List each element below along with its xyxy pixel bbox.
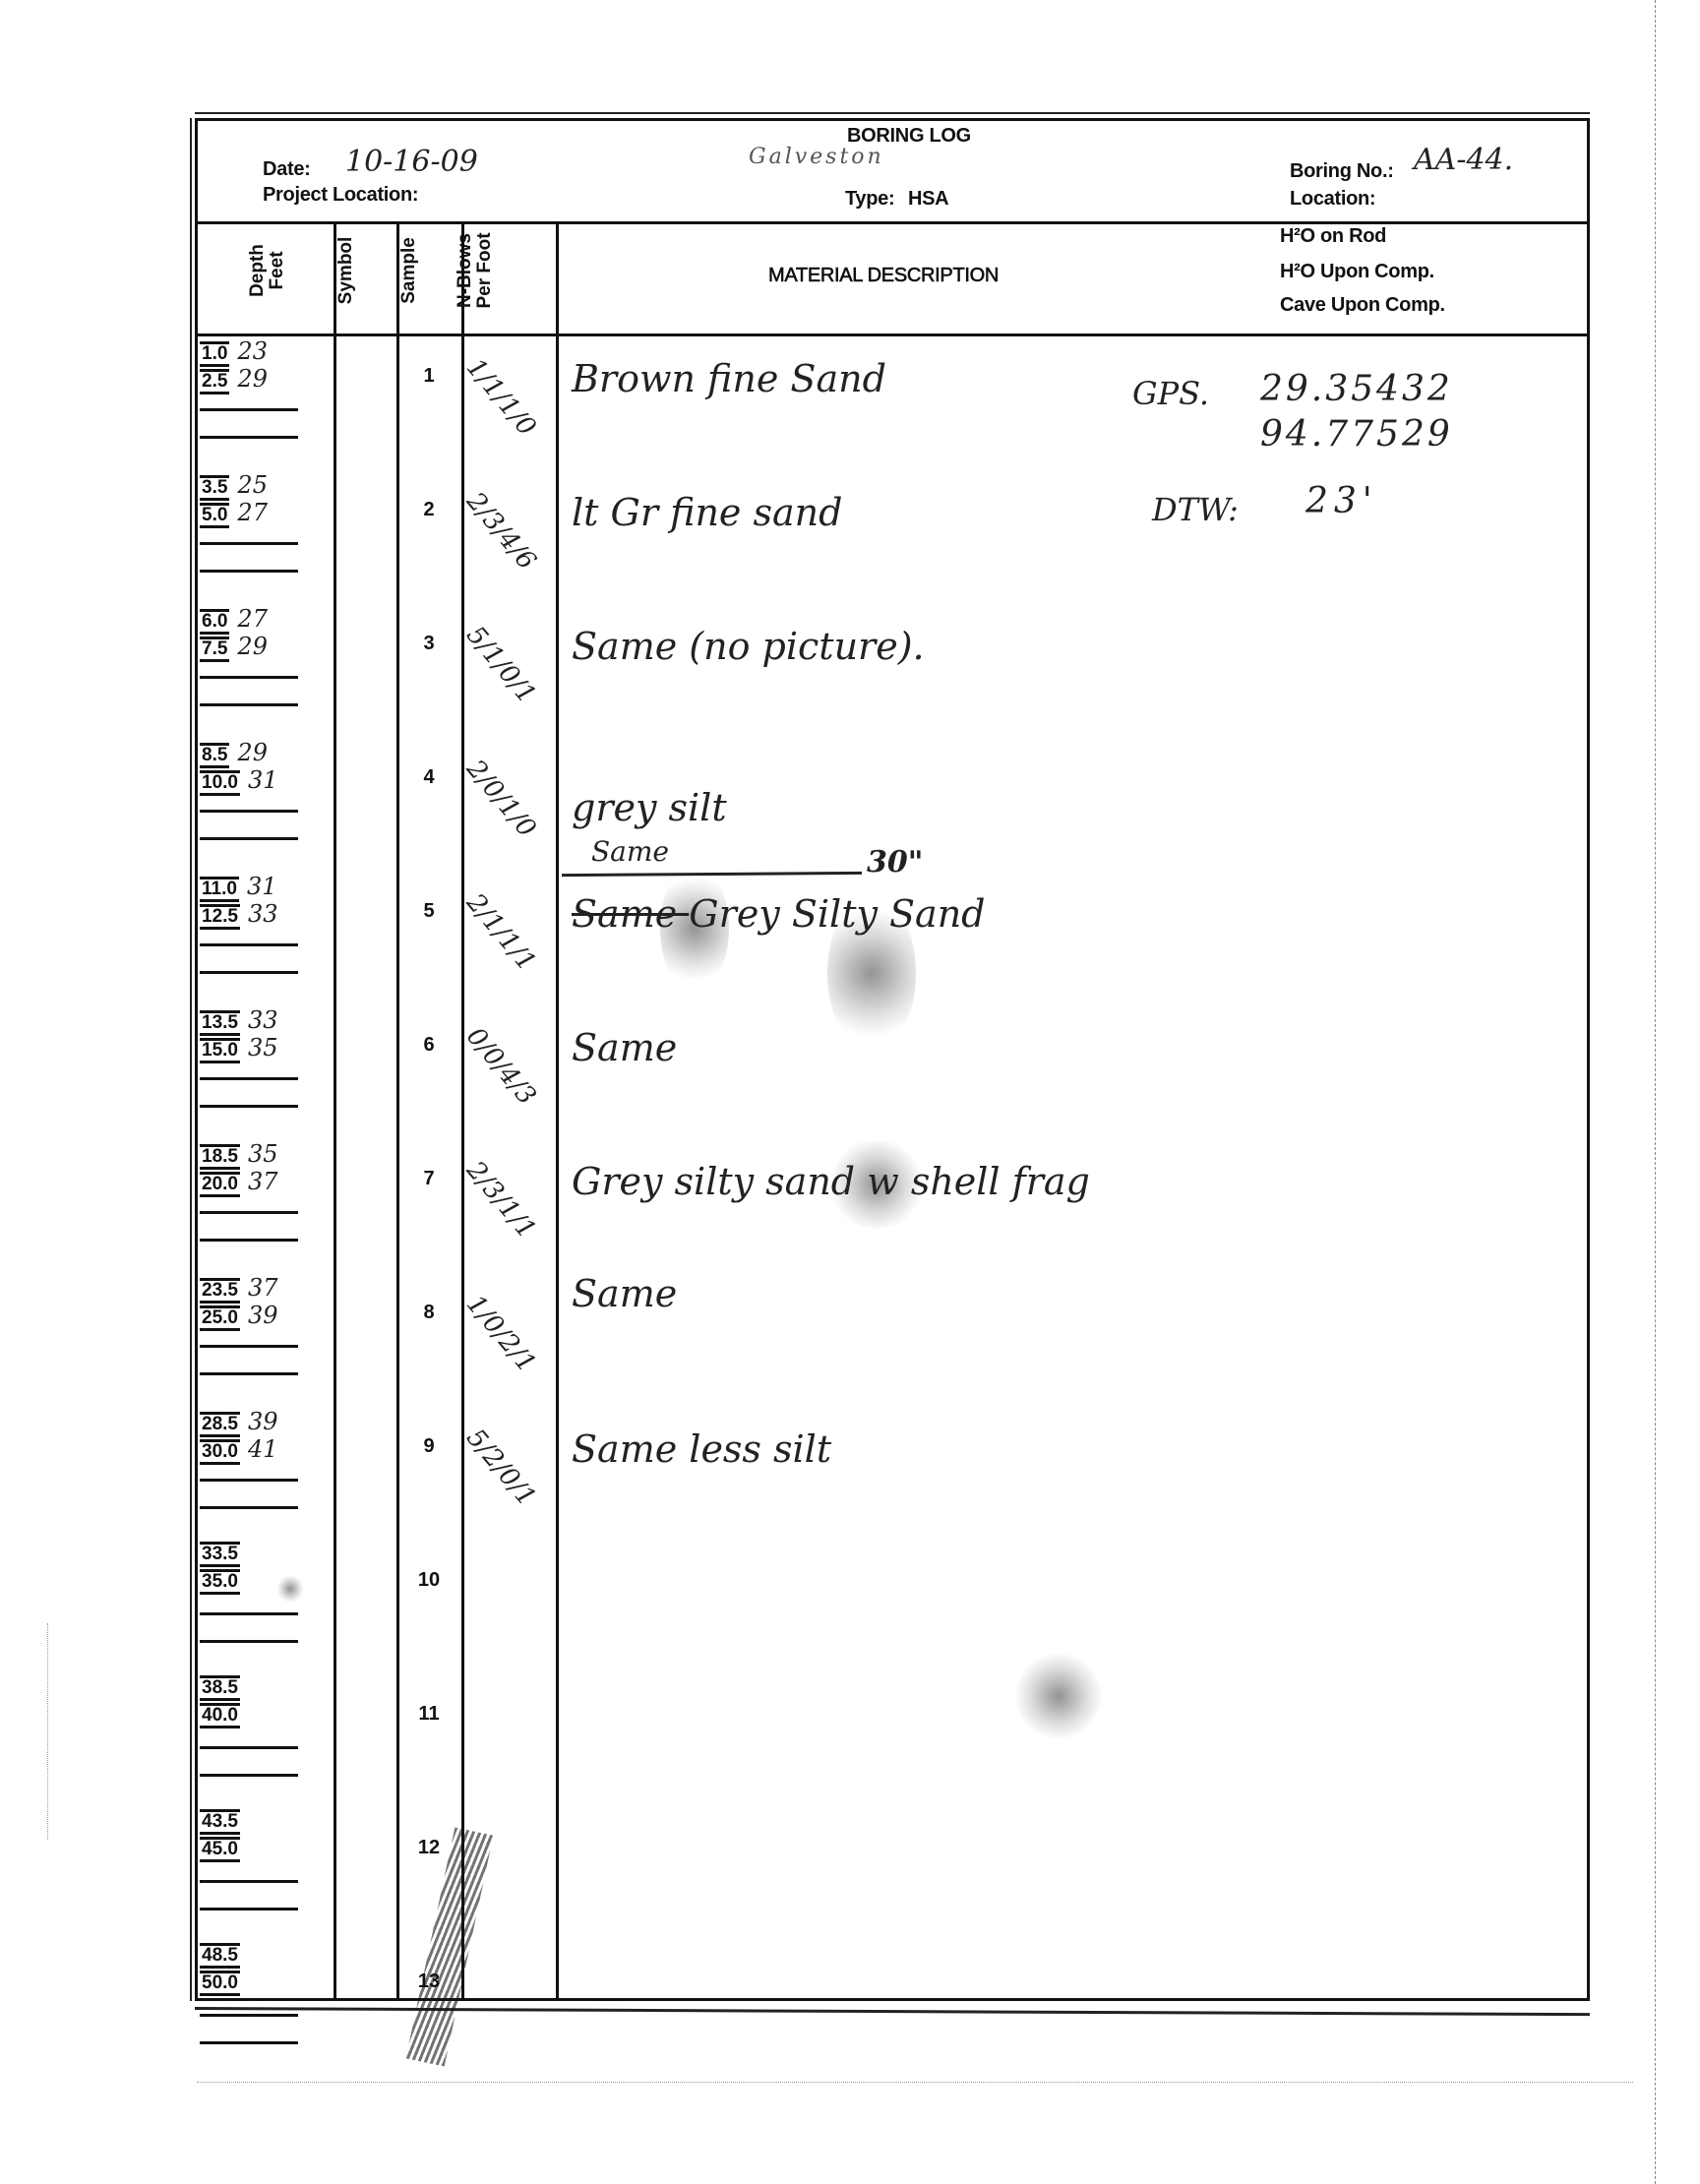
depth-note: 27 bbox=[237, 499, 268, 526]
type-label: Type: bbox=[845, 188, 894, 211]
material-description: Grey silty sand w shell frag bbox=[572, 1160, 1090, 1203]
depth-value: 30.0 bbox=[200, 1439, 240, 1465]
depth-value: 43.5 bbox=[200, 1809, 240, 1835]
depth-tick bbox=[200, 1746, 298, 1749]
nblows-label: N-Blows bbox=[455, 221, 475, 320]
blow-count: 2/0/1/0 bbox=[460, 755, 541, 843]
dtw-label: DTW: bbox=[1152, 491, 1239, 528]
depth-note: 31 bbox=[247, 873, 277, 900]
gps-longitude: 94.77529 bbox=[1260, 414, 1453, 455]
depth-value: 20.0 bbox=[200, 1172, 240, 1197]
depth-tick bbox=[200, 408, 298, 411]
depth-value: 25.0 bbox=[200, 1305, 240, 1331]
depth-marker: 40.0 bbox=[200, 1703, 240, 1729]
struck-out-word: Same bbox=[572, 892, 689, 936]
sample-number: 11 bbox=[409, 1703, 449, 1726]
material-description: Brown fine Sand bbox=[572, 357, 886, 400]
sample-number: 8 bbox=[409, 1302, 449, 1324]
depth-value: 15.0 bbox=[200, 1038, 240, 1063]
depth-value: 18.5 bbox=[200, 1144, 240, 1170]
depth-value: 8.5 bbox=[200, 743, 229, 768]
boring-no-label: Boring No.: bbox=[1290, 160, 1394, 183]
blow-count: 1/0/2/1 bbox=[460, 1290, 541, 1378]
column-header-row: Depth Feet Symbol Sample N-Blows Per Foo… bbox=[198, 221, 1587, 336]
depth-note: 29 bbox=[237, 365, 268, 393]
sample-number: 12 bbox=[409, 1837, 449, 1859]
depth-value: 5.0 bbox=[200, 503, 229, 528]
depth-note: 39 bbox=[248, 1302, 278, 1329]
depth-note: 41 bbox=[248, 1435, 278, 1463]
depth-marker: 38.5 bbox=[200, 1675, 240, 1701]
depth-value: 3.5 bbox=[200, 475, 229, 501]
description-text: Grey Silty Sand bbox=[689, 892, 985, 936]
depth-tick bbox=[200, 1908, 298, 1911]
depth-value: 28.5 bbox=[200, 1412, 240, 1437]
h2o-upon-comp-label: H²O Upon Comp. bbox=[1280, 261, 1434, 283]
depth-marker: 28.539 bbox=[200, 1408, 278, 1437]
depth-value: 1.0 bbox=[200, 341, 229, 367]
depth-marker: 35.0 bbox=[200, 1569, 240, 1595]
material-description: Same bbox=[572, 1026, 677, 1069]
depth-tick bbox=[200, 1880, 298, 1883]
project-location-value: Galveston bbox=[749, 145, 884, 169]
depth-note: 29 bbox=[237, 739, 268, 766]
h2o-on-rod-label: H²O on Rod bbox=[1280, 225, 1386, 248]
depth-marker: 6.027 bbox=[200, 605, 268, 635]
depth-note: 39 bbox=[248, 1408, 278, 1435]
depth-header: Depth bbox=[248, 226, 268, 315]
scan-page-edge bbox=[1655, 0, 1656, 2184]
scan-artifact bbox=[47, 1623, 48, 1840]
depth-value: 38.5 bbox=[200, 1675, 240, 1701]
project-location-label: Project Location: bbox=[263, 184, 418, 207]
sample-number: 4 bbox=[409, 766, 449, 789]
depth-tick bbox=[200, 1345, 298, 1348]
depth-feet-header: Depth Feet bbox=[248, 226, 295, 315]
depth-marker: 18.535 bbox=[200, 1140, 278, 1170]
depth-marker: 15.035 bbox=[200, 1034, 278, 1063]
depth-marker: 3.525 bbox=[200, 471, 268, 501]
depth-note: 31 bbox=[248, 766, 278, 794]
depth-tick bbox=[200, 1506, 298, 1509]
sample-number: 2 bbox=[409, 499, 449, 521]
sample-number: 3 bbox=[409, 633, 449, 655]
depth-tick bbox=[200, 542, 298, 545]
cave-upon-comp-label: Cave Upon Comp. bbox=[1280, 294, 1445, 317]
depth-value: 45.0 bbox=[200, 1837, 240, 1862]
gps-label: GPS. bbox=[1132, 375, 1209, 412]
blow-count: 5/2/0/1 bbox=[460, 1424, 541, 1512]
boring-log-form: Date: 10-16-09 Project Location: BORING … bbox=[195, 118, 1590, 2001]
form-border-bottom bbox=[195, 2007, 1590, 2016]
depth-tick bbox=[200, 1640, 298, 1643]
depth-marker: 33.5 bbox=[200, 1542, 240, 1567]
depth-marker: 48.5 bbox=[200, 1943, 240, 1969]
blow-count: 0/0/4/3 bbox=[460, 1022, 541, 1111]
depth-tick bbox=[200, 1105, 298, 1108]
depth-marker: 11.031 bbox=[200, 873, 276, 902]
material-description-header: MATERIAL DESCRIPTION bbox=[768, 265, 999, 287]
transition-depth: 30" bbox=[867, 845, 923, 880]
blow-count: 1/1/1/0 bbox=[460, 353, 541, 442]
depth-marker: 1.023 bbox=[200, 337, 268, 367]
depth-marker: 45.0 bbox=[200, 1837, 240, 1862]
depth-tick bbox=[200, 1774, 298, 1777]
depth-note: 37 bbox=[248, 1274, 278, 1302]
depth-note: 23 bbox=[237, 337, 268, 365]
material-description: lt Gr fine sand bbox=[572, 491, 842, 534]
sample-header: Sample bbox=[399, 226, 423, 315]
depth-tick bbox=[200, 1077, 298, 1080]
scan-ink-streak bbox=[405, 1827, 493, 2066]
scan-smudge bbox=[276, 1575, 304, 1603]
depth-marker: 30.041 bbox=[200, 1435, 278, 1465]
sample-number: 13 bbox=[409, 1971, 449, 1993]
sample-number: 5 bbox=[409, 900, 449, 923]
date-value: 10-16-09 bbox=[345, 145, 478, 179]
depth-value: 10.0 bbox=[200, 770, 240, 796]
boring-no-value: AA-44. bbox=[1414, 143, 1513, 177]
depth-tick bbox=[200, 570, 298, 573]
depth-note: 25 bbox=[237, 471, 268, 499]
depth-note: 35 bbox=[248, 1034, 278, 1062]
location-label: Location: bbox=[1290, 188, 1375, 211]
sample-number: 10 bbox=[409, 1569, 449, 1592]
blow-count: 2/1/1/1 bbox=[460, 888, 541, 977]
depth-marker: 25.039 bbox=[200, 1302, 278, 1331]
depth-marker: 8.529 bbox=[200, 739, 268, 768]
material-description: Same (no picture). bbox=[572, 625, 925, 668]
same-above-line: Same bbox=[591, 835, 669, 868]
date-label: Date: bbox=[263, 158, 311, 181]
form-border-left bbox=[190, 118, 192, 2001]
sample-number: 6 bbox=[409, 1034, 449, 1057]
depth-note: 35 bbox=[248, 1140, 278, 1168]
depth-tick bbox=[200, 837, 298, 840]
depth-value: 23.5 bbox=[200, 1278, 240, 1304]
depth-tick bbox=[200, 943, 298, 946]
depth-tick bbox=[200, 971, 298, 974]
depth-value: 12.5 bbox=[200, 904, 240, 930]
depth-value: 33.5 bbox=[200, 1542, 240, 1567]
depth-tick bbox=[200, 436, 298, 439]
depth-marker: 20.037 bbox=[200, 1168, 278, 1197]
depth-value: 6.0 bbox=[200, 609, 229, 635]
depth-note: 33 bbox=[248, 1006, 278, 1034]
depth-tick bbox=[200, 703, 298, 706]
depth-value: 35.0 bbox=[200, 1569, 240, 1595]
depth-note: 27 bbox=[237, 605, 268, 633]
depth-tick bbox=[200, 676, 298, 679]
sample-number: 1 bbox=[409, 365, 449, 388]
material-description: Same bbox=[572, 1272, 677, 1315]
log-body: Same 30" GPS. 29.35432 94.77529 DTW: 23'… bbox=[198, 334, 1587, 1998]
depth-marker: 2.529 bbox=[200, 365, 268, 394]
depth-value: 7.5 bbox=[200, 637, 229, 662]
depth-note: 33 bbox=[248, 900, 278, 928]
depth-tick bbox=[200, 1211, 298, 1214]
blow-count: 5/1/0/1 bbox=[460, 621, 541, 709]
per-foot-label: Per Foot bbox=[475, 221, 495, 320]
depth-tick bbox=[200, 1479, 298, 1482]
symbol-header: Symbol bbox=[336, 226, 360, 315]
material-description: grey silt bbox=[572, 786, 727, 829]
sample-number: 9 bbox=[409, 1435, 449, 1458]
depth-note: 37 bbox=[248, 1168, 278, 1195]
depth-value: 50.0 bbox=[200, 1971, 240, 1996]
material-description: Same Grey Silty Sand bbox=[572, 892, 986, 936]
depth-tick bbox=[200, 2041, 298, 2044]
blow-count: 2/3/1/1 bbox=[460, 1156, 541, 1244]
material-description: Same less silt bbox=[572, 1427, 831, 1471]
depth-value: 2.5 bbox=[200, 369, 229, 394]
depth-marker: 10.031 bbox=[200, 766, 278, 796]
dtw-value: 23' bbox=[1305, 481, 1378, 521]
depth-marker: 50.0 bbox=[200, 1971, 240, 1996]
feet-header: Feet bbox=[268, 226, 287, 315]
scan-page-edge-bottom bbox=[197, 2082, 1633, 2083]
depth-tick bbox=[200, 810, 298, 813]
depth-value: 40.0 bbox=[200, 1703, 240, 1729]
depth-marker: 13.533 bbox=[200, 1006, 278, 1036]
scan-smudge bbox=[1014, 1652, 1103, 1740]
depth-tick bbox=[200, 1239, 298, 1242]
form-header: Date: 10-16-09 Project Location: BORING … bbox=[198, 121, 1587, 224]
depth-value: 13.5 bbox=[200, 1010, 240, 1036]
depth-marker: 43.5 bbox=[200, 1809, 240, 1835]
sample-number: 7 bbox=[409, 1168, 449, 1190]
form-border-top bbox=[195, 112, 1590, 114]
depth-value: 11.0 bbox=[200, 877, 239, 902]
depth-tick bbox=[200, 2014, 298, 2017]
depth-marker: 23.537 bbox=[200, 1274, 278, 1304]
depth-tick bbox=[200, 1372, 298, 1375]
depth-marker: 7.529 bbox=[200, 633, 268, 662]
depth-marker: 12.533 bbox=[200, 900, 278, 930]
depth-note: 29 bbox=[237, 633, 268, 660]
depth-value: 48.5 bbox=[200, 1943, 240, 1969]
type-value: HSA bbox=[908, 188, 948, 211]
blow-count: 2/3/4/6 bbox=[460, 487, 541, 576]
depth-marker: 5.027 bbox=[200, 499, 268, 528]
depth-tick bbox=[200, 1612, 298, 1615]
gps-latitude: 29.35432 bbox=[1260, 369, 1453, 409]
